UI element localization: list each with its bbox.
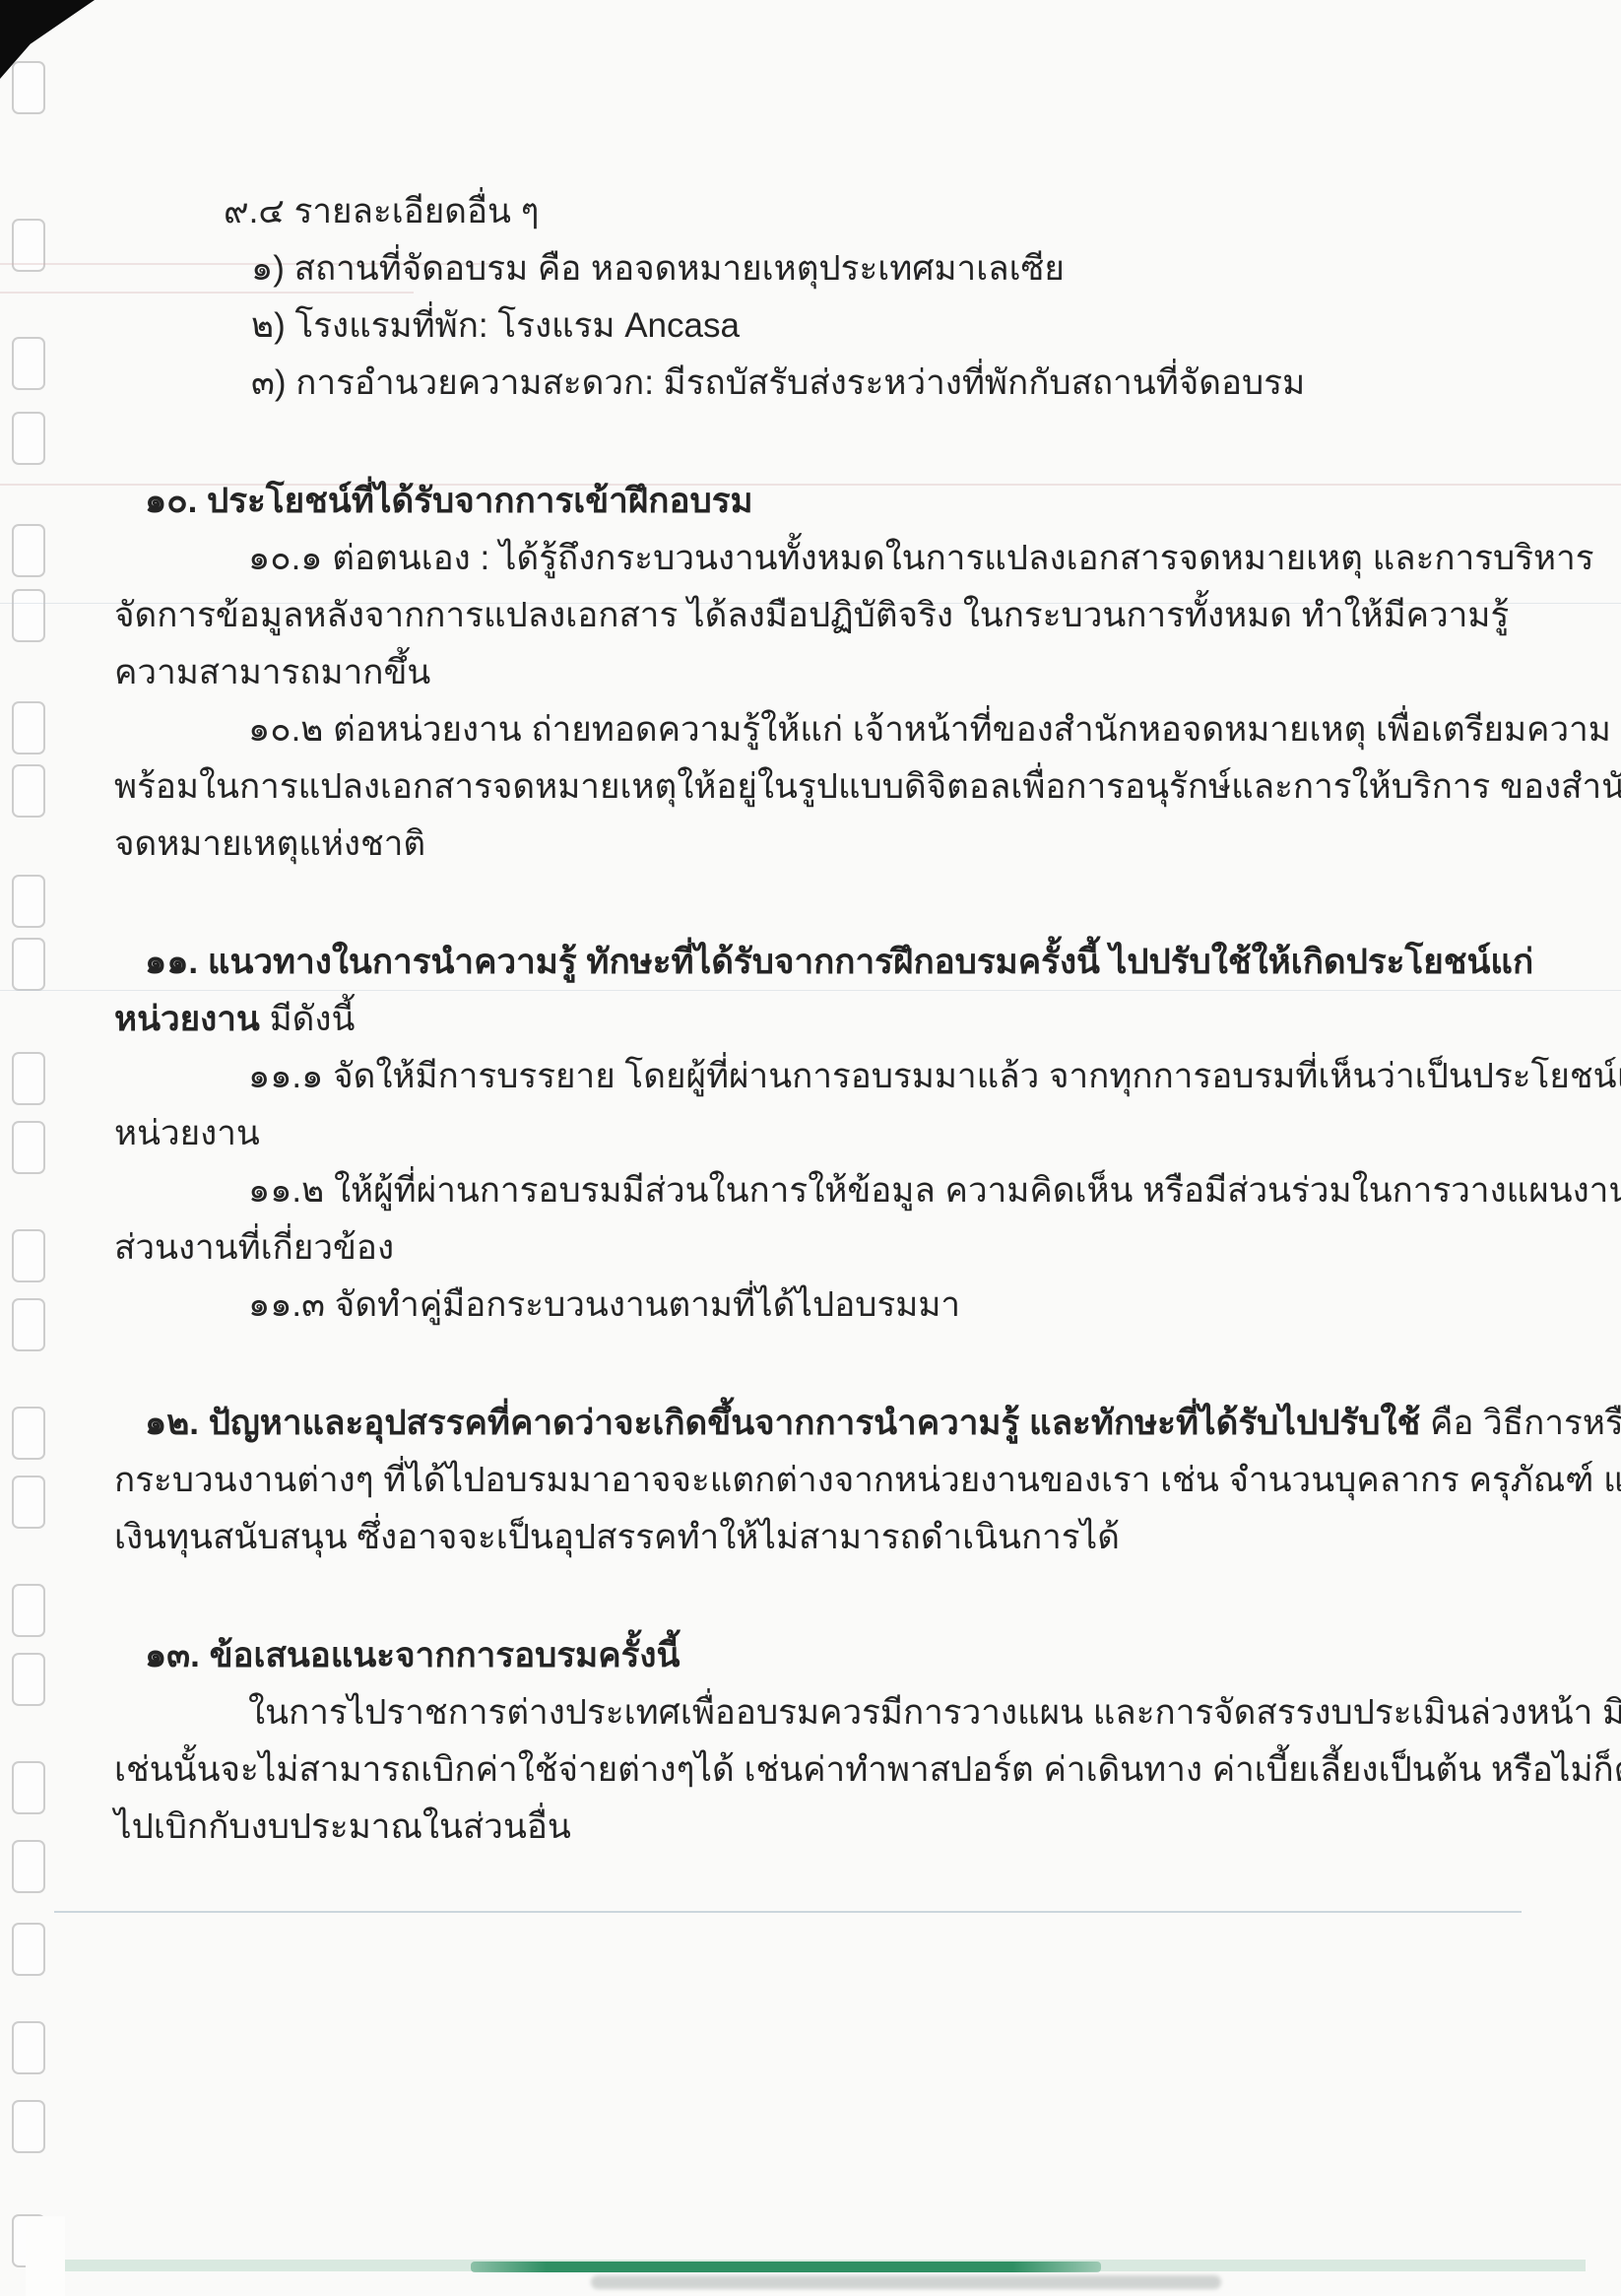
text-line: ๑๐.๑ ต่อตนเอง : ได้รู้ถึงกระบวนงานทั้งหม… xyxy=(248,530,1621,587)
text-segment: ๑๐. ประโยชน์ที่ได้รับจากการเข้าฝึกอบรม xyxy=(145,482,753,520)
scan-whiteout xyxy=(26,2216,65,2296)
text-line: กระบวนงานต่างๆ ที่ได้ไปอบรมมาอาจจะแตกต่า… xyxy=(114,1452,1621,1509)
text-line: พร้อมในการแปลงเอกสารจดหมายเหตุให้อยู่ในร… xyxy=(114,758,1621,816)
text-line: ๑๑.๑ จัดให้มีการบรรยาย โดยผู้ที่ผ่านการอ… xyxy=(248,1048,1621,1105)
text-segment: ๑๓. ข้อเสนอแนะจากการอบรมครั้งนี้ xyxy=(145,1636,680,1674)
text-segment: เช่นนั้นจะไม่สามารถเบิกค่าใช้จ่ายต่างๆได… xyxy=(114,1750,1621,1789)
text-line: ๑๓. ข้อเสนอแนะจากการอบรมครั้งนี้ xyxy=(145,1627,1621,1684)
text-segment: จดหมายเหตุแห่งชาติ xyxy=(114,824,425,863)
text-segment: ๙.๔ รายละเอียดอื่น ๆ xyxy=(224,192,539,230)
text-line: ๙.๔ รายละเอียดอื่น ๆ xyxy=(224,183,1621,240)
text-line: ส่วนงานที่เกี่ยวข้อง xyxy=(114,1219,1621,1277)
text-segment: ความสามารถมากขึ้น xyxy=(114,653,430,691)
text-line: หน่วยงาน xyxy=(114,1105,1621,1162)
text-segment: เงินทุนสนับสนุน ซึ่งอาจจะเป็นอุปสรรคทำให… xyxy=(114,1518,1120,1556)
text-segment: ๑) สถานที่จัดอบรม คือ หอจดหมายเหตุประเทศ… xyxy=(251,249,1065,288)
text-line: ไปเบิกกับงบประมาณในส่วนอื่น xyxy=(114,1799,1621,1856)
text-line: ๑๒. ปัญหาและอุปสรรคที่คาดว่าจะเกิดขึ้นจา… xyxy=(145,1395,1621,1452)
text-line: ๒) โรงแรมที่พัก: โรงแรม Ancasa xyxy=(251,297,1621,355)
text-line: จัดการข้อมูลหลังจากการแปลงเอกสาร ได้ลงมื… xyxy=(114,587,1621,644)
text-segment: ๑๑.๒ ให้ผู้ที่ผ่านการอบรมมีส่วนในการให้ข… xyxy=(248,1171,1621,1210)
text-segment: หน่วยงาน xyxy=(114,1000,270,1038)
text-line: ในการไปราชการต่างประเทศเพื่ออบรมควรมีการ… xyxy=(248,1684,1621,1741)
text-segment: ๑๑.๑ จัดให้มีการบรรยาย โดยผู้ที่ผ่านการอ… xyxy=(248,1057,1621,1095)
text-segment: หน่วยงาน xyxy=(114,1114,260,1152)
text-segment: จัดการข้อมูลหลังจากการแปลงเอกสาร ได้ลงมื… xyxy=(114,596,1509,634)
text-segment: ๓) การอำนวยความสะดวก: มีรถบัสรับส่งระหว่… xyxy=(251,363,1305,402)
text-line: ๑๑.๒ ให้ผู้ที่ผ่านการอบรมมีส่วนในการให้ข… xyxy=(248,1162,1621,1219)
text-segment: กระบวนงานต่างๆ ที่ได้ไปอบรมมาอาจจะแตกต่า… xyxy=(114,1461,1621,1499)
text-segment: ในการไปราชการต่างประเทศเพื่ออบรมควรมีการ… xyxy=(248,1693,1621,1732)
text-segment: ๑๑.๓ จัดทำคู่มือกระบวนงานตามที่ได้ไปอบรม… xyxy=(248,1285,960,1324)
text-segment: ๑๐.๑ ต่อตนเอง : ได้รู้ถึงกระบวนงานทั้งหม… xyxy=(248,539,1594,577)
text-segment: พร้อมในการแปลงเอกสารจดหมายเหตุให้อยู่ในร… xyxy=(114,767,1621,806)
horizontal-rule-artifact xyxy=(54,1911,1522,1913)
text-segment: ๑๒. ปัญหาและอุปสรรคที่คาดว่าจะเกิดขึ้นจา… xyxy=(145,1404,1430,1442)
text-line: ๑๑.๓ จัดทำคู่มือกระบวนงานตามที่ได้ไปอบรม… xyxy=(248,1277,1621,1334)
scanned-document-page: ๙.๔ รายละเอียดอื่น ๆ๑) สถานที่จัดอบรม คื… xyxy=(0,0,1621,2296)
text-segment: ไปเบิกกับงบประมาณในส่วนอื่น xyxy=(114,1807,571,1846)
text-line: ๓) การอำนวยความสะดวก: มีรถบัสรับส่งระหว่… xyxy=(251,355,1621,412)
text-line: ๑๐. ประโยชน์ที่ได้รับจากการเข้าฝึกอบรม xyxy=(145,473,1621,530)
text-line: เช่นนั้นจะไม่สามารถเบิกค่าใช้จ่ายต่างๆได… xyxy=(114,1741,1621,1799)
text-segment: ส่วนงานที่เกี่ยวข้อง xyxy=(114,1228,394,1267)
text-segment: คือ วิธีการหรือ xyxy=(1430,1404,1621,1442)
text-segment: ๑๑. แนวทางในการนำความรู้ ทักษะที่ได้รับจ… xyxy=(145,943,1533,981)
text-line: ความสามารถมากขึ้น xyxy=(114,644,1621,701)
document-body: ๙.๔ รายละเอียดอื่น ๆ๑) สถานที่จัดอบรม คื… xyxy=(0,0,1621,1856)
text-line: ๑๐.๒ ต่อหน่วยงาน ถ่ายทอดความรู้ให้แก่ เจ… xyxy=(248,701,1621,758)
text-line: ๑๑. แนวทางในการนำความรู้ ทักษะที่ได้รับจ… xyxy=(145,934,1621,991)
scan-smudge xyxy=(591,2275,1221,2289)
scan-band-green xyxy=(471,2262,1101,2272)
binding-hole xyxy=(12,1923,45,1976)
text-segment: ๒) โรงแรมที่พัก: โรงแรม Ancasa xyxy=(251,306,740,345)
binding-hole xyxy=(12,2021,45,2074)
text-segment: มีดังนี้ xyxy=(270,1000,356,1038)
text-line: จดหมายเหตุแห่งชาติ xyxy=(114,816,1621,873)
text-line: เงินทุนสนับสนุน ซึ่งอาจจะเป็นอุปสรรคทำให… xyxy=(114,1509,1621,1566)
text-line: หน่วยงาน มีดังนี้ xyxy=(114,991,1621,1048)
text-segment: ๑๐.๒ ต่อหน่วยงาน ถ่ายทอดความรู้ให้แก่ เจ… xyxy=(248,710,1611,749)
binding-hole xyxy=(12,2100,45,2153)
text-line: ๑) สถานที่จัดอบรม คือ หอจดหมายเหตุประเทศ… xyxy=(251,240,1621,297)
